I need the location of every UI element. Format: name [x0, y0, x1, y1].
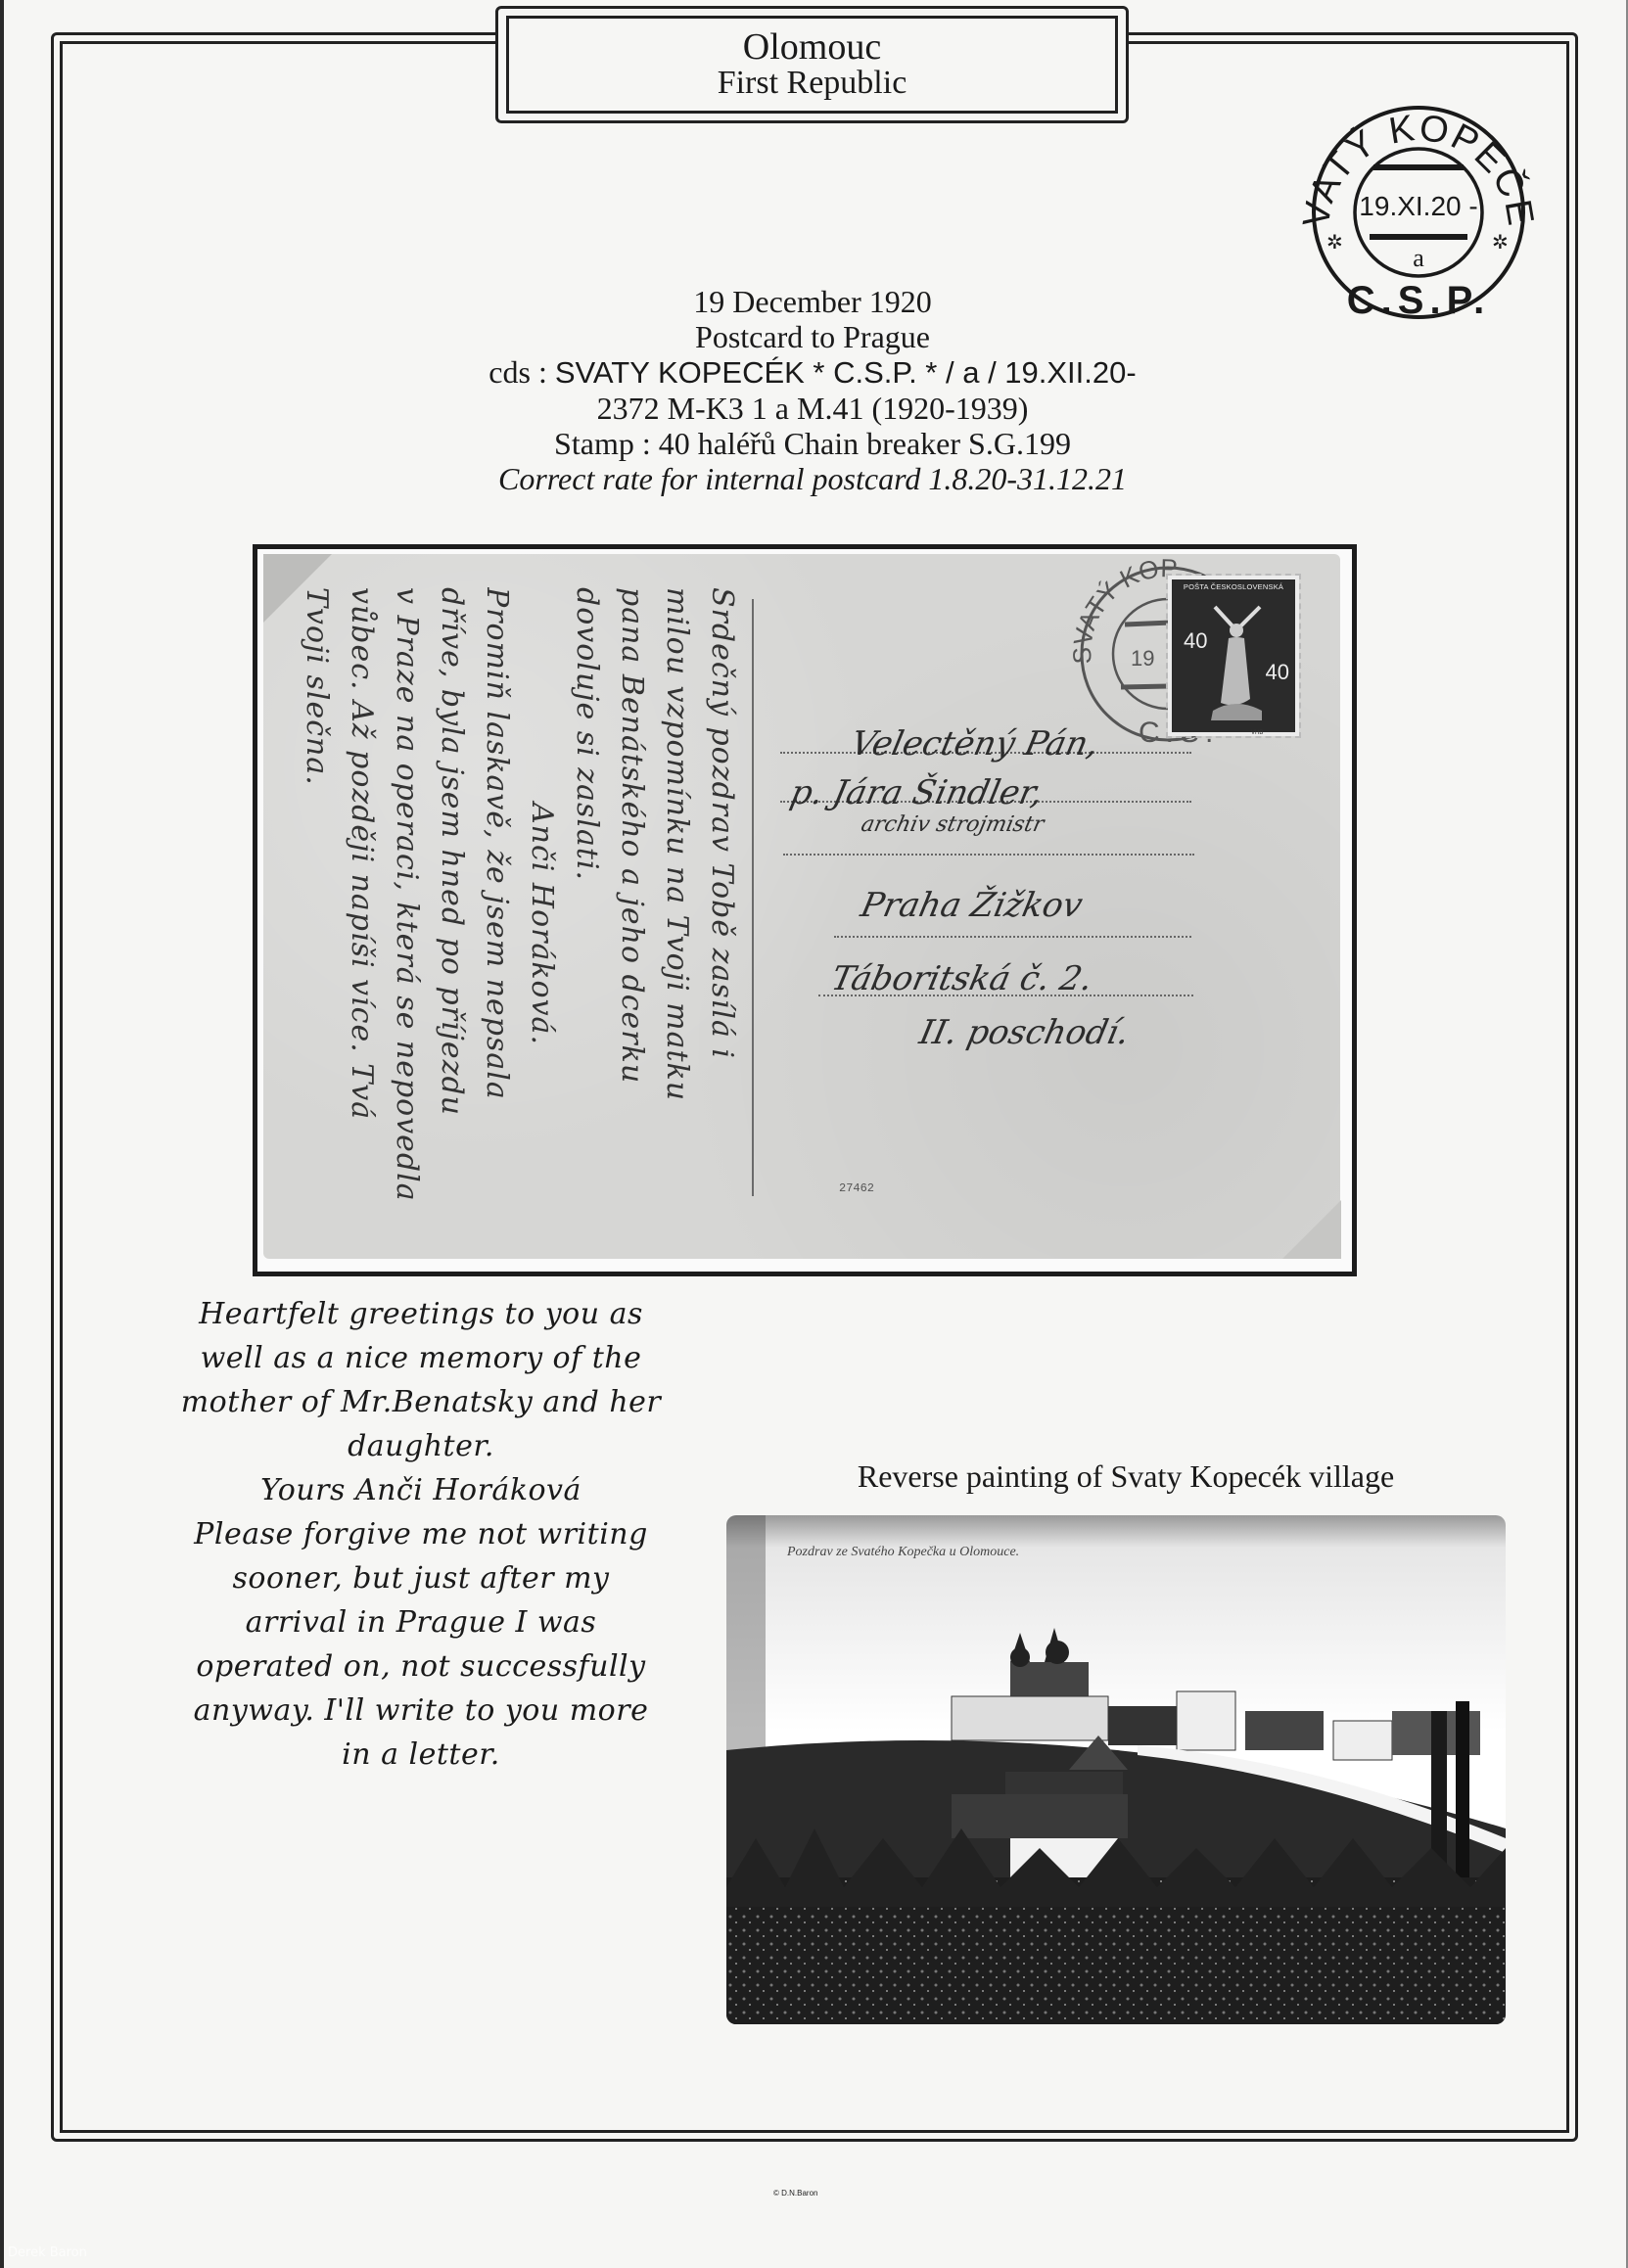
postmark-date: 19.XI.20 - [1359, 191, 1477, 221]
address-city: Praha Žižkov [858, 886, 1087, 925]
star-icon: ✲ [1326, 230, 1343, 254]
postmark-index: a [1413, 244, 1424, 272]
postmark-bottom-text: C.S.P. [1347, 279, 1490, 319]
svg-text:SVATÝ KOP: SVATÝ KOP [1070, 556, 1178, 665]
cover-type: Postcard to Prague [323, 319, 1302, 354]
star-icon: ✲ [1492, 230, 1509, 254]
page-title: Olomouc [743, 28, 881, 66]
address-occupation: archiv strojmistr [859, 812, 1046, 837]
rate-note: Correct rate for internal postcard 1.8.2… [323, 461, 1302, 496]
mount-corner [1282, 1200, 1341, 1259]
stamp-value-right: 40 [1266, 660, 1289, 685]
message-translation: Heartfelt greetings to you as well as a … [127, 1292, 715, 1777]
village-picture: Pozdrav ze Svatého Kopečka u Olomouce. [726, 1515, 1506, 2024]
stamp-header: POŠTA ČESKOSLOVENSKÁ [1174, 582, 1293, 591]
watermark: Derek Baron [8, 2245, 87, 2260]
address-dotted-line [783, 854, 1194, 856]
postage-stamp: POŠTA ČESKOSLOVENSKÁ 40 40 [1168, 576, 1299, 736]
address-name: p. Jára Šindler, [787, 773, 1047, 812]
cover-description: 19 December 1920 Postcard to Prague cds … [323, 284, 1302, 496]
handwritten-message: Srdečný pozdrav Tobě zasílá i milou vzpo… [255, 587, 744, 1214]
page-subtitle: First Republic [718, 66, 907, 101]
cds-line: cds : SVATY KOPECÉK * C.S.P. * / a / 19.… [323, 354, 1302, 391]
postmark-illustration: SVATÝ KOPEČEK 19.XI.20 - a C.S.P. ✲ ✲ [1290, 80, 1547, 319]
scan-edge [0, 0, 4, 2268]
cover-date: 19 December 1920 [323, 284, 1302, 319]
postcard-serial: 27462 [839, 1181, 874, 1195]
svg-text:19: 19 [1131, 646, 1154, 671]
address-street: Táboritská č. 2. [828, 959, 1096, 998]
chain-breaker-figure-icon [1207, 601, 1266, 722]
stamp-description: Stamp : 40 haléřů Chain breaker S.G.199 [323, 426, 1302, 461]
picture-caption: Reverse painting of Svaty Kopecék villag… [764, 1458, 1488, 1495]
postcard-divider [752, 599, 754, 1196]
title-box-inner: Olomouc First Republic [506, 16, 1118, 114]
address-dotted-line [834, 936, 1191, 938]
picture-inner-caption: Pozdrav ze Svatého Kopečka u Olomouce. [787, 1545, 1019, 1560]
catalogue-reference: 2372 M-K3 1 a M.41 (1920-1939) [323, 391, 1302, 426]
stamp-printer-mark: VHB [1251, 730, 1263, 736]
copyright-notice: © D.N.Baron [773, 2189, 817, 2198]
address-salutation: Velectěný Pán, [848, 724, 1102, 764]
address-floor: II. poschodí. [916, 1013, 1134, 1052]
village-landscape-icon [726, 1515, 1506, 2024]
cds-value: SVATY KOPECÉK * C.S.P. * / a / 19.XII.20… [555, 355, 1137, 390]
stamp-value-left: 40 [1184, 628, 1207, 654]
